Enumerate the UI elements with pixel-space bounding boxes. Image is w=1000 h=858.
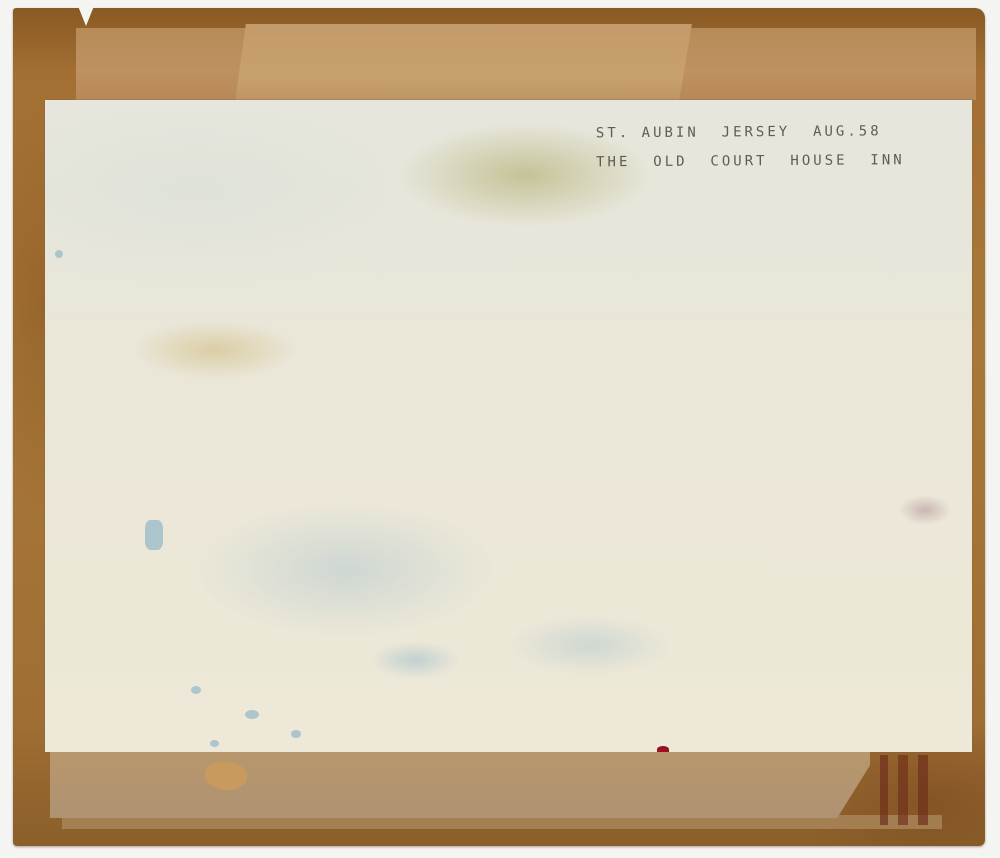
blue-paint-speck [245, 710, 259, 719]
red-paint-drop [657, 746, 669, 753]
pencil-inscription: ST. AUBIN JERSEY AUG.58 THE OLD COURT HO… [596, 117, 976, 178]
blue-paint-speck [191, 686, 201, 694]
blue-paint-speck [291, 730, 301, 738]
brown-drip-stains [860, 755, 960, 825]
blue-paint-speck [55, 250, 63, 258]
inscription-line-title: THE OLD COURT HOUSE INN [596, 146, 976, 178]
watercolor-paper-reverse [45, 100, 972, 752]
inscription-line-location-date: ST. AUBIN JERSEY AUG.58 [596, 117, 976, 149]
bottom-tape-tear [205, 762, 247, 790]
bottom-tape-strip [50, 752, 870, 818]
blue-paint-speck [210, 740, 219, 747]
blue-paint-speck [145, 520, 163, 550]
